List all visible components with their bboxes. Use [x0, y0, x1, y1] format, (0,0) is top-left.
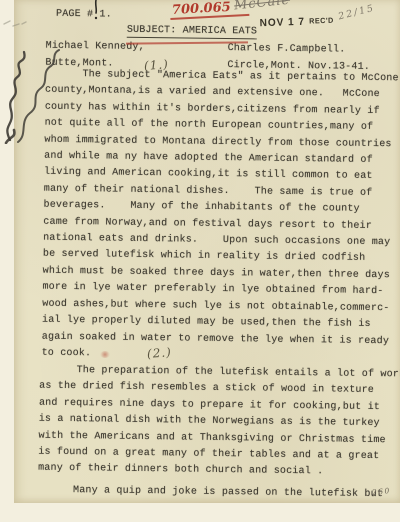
faint-pencil-marks: [2, 14, 30, 30]
received-stamp-date: NOV 1 7: [259, 16, 305, 30]
subject-red-underline: [126, 41, 248, 44]
paragraph-mark-1: (1.): [144, 57, 170, 73]
scanned-document: PAGE # 1. SUBJECT: AMERICA EATS Michael …: [0, 0, 400, 522]
handwritten-signature-scrawl: [0, 44, 74, 144]
received-stamp: NOV 1 7 REC'D: [259, 11, 334, 32]
received-stamp-tag: REC'D: [309, 16, 334, 26]
corner-note-handwritten: 22/15: [337, 3, 376, 23]
paragraph-mark-2: (2.): [147, 345, 173, 361]
bottom-note-handwritten: 260: [372, 486, 392, 497]
ink-stroke-mark: [92, 0, 102, 22]
annotation-layer: 700.065 McCale NOV 1 7 REC'D 22/15 (1.) …: [0, 0, 400, 522]
ink-smudge: [100, 351, 110, 358]
